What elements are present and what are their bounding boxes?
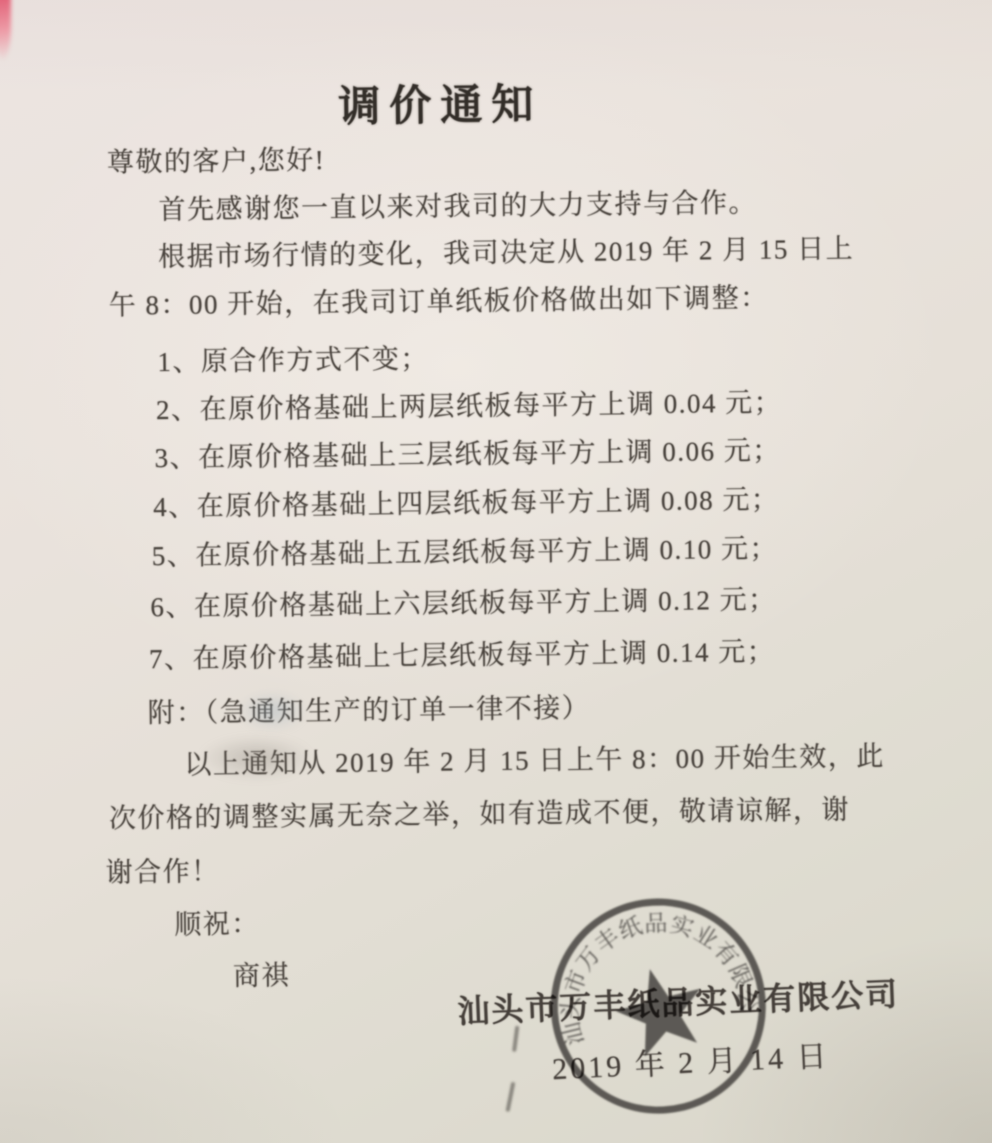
price-item-7: 7、在原价格基础上七层纸板每平方上调 0.14 元； [149, 630, 776, 677]
effective-paragraph-line-2: 次价格的调整实属无奈之举，如有造成不便，敬请谅解，谢 [109, 788, 850, 836]
price-item-3: 3、在原价格基础上三层纸板每平方上调 0.06 元； [154, 429, 781, 476]
effective-paragraph-line-3: 谢合作！ [105, 849, 219, 889]
price-item-5: 5、在原价格基础上五层纸板每平方上调 0.10 元； [152, 527, 779, 574]
company-seal: 汕头市万丰纸品实业有限公司 [522, 869, 796, 1143]
seal-star-icon [608, 958, 714, 1061]
price-item-4: 4、在原价格基础上四层纸板每平方上调 0.08 元； [153, 478, 780, 525]
closing-wish: 商祺 [233, 954, 290, 994]
page-title: 调价通知 [0, 67, 887, 138]
effective-paragraph-line-1: 以上通知从 2019 年 2 月 15 日上午 8：00 开始生效，此 [184, 734, 885, 782]
intro-reason-line: 根据市场行情的变化，我司决定从 2019 年 2 月 15 日上 [158, 227, 854, 275]
price-item-6: 6、在原价格基础上六层纸板每平方上调 0.12 元； [150, 578, 777, 625]
notice-document: 调价通知 尊敬的客户,您好! 首先感谢您一直以来对我司的大力支持与合作。 根据市… [0, 0, 992, 1143]
intro-reason-line-2: 午 8：00 开始，在我司订单纸板价格做出如下调整： [108, 276, 768, 323]
stray-pen-mark [506, 1082, 516, 1112]
greeting-line: 尊敬的客户,您好! [107, 138, 326, 180]
price-item-1: 1、原合作方式不变； [157, 337, 429, 379]
scanned-notice-page: 调价通知 尊敬的客户,您好! 首先感谢您一直以来对我司的大力支持与合作。 根据市… [0, 0, 992, 1143]
attachment-note: 附：（急通知生产的订单一律不接） [147, 686, 590, 730]
intro-thanks-line: 首先感谢您一直以来对我司的大力支持与合作。 [158, 181, 757, 227]
closing-salute: 顺祝： [174, 902, 260, 942]
price-item-2: 2、在原价格基础上两层纸板每平方上调 0.04 元； [156, 380, 783, 427]
